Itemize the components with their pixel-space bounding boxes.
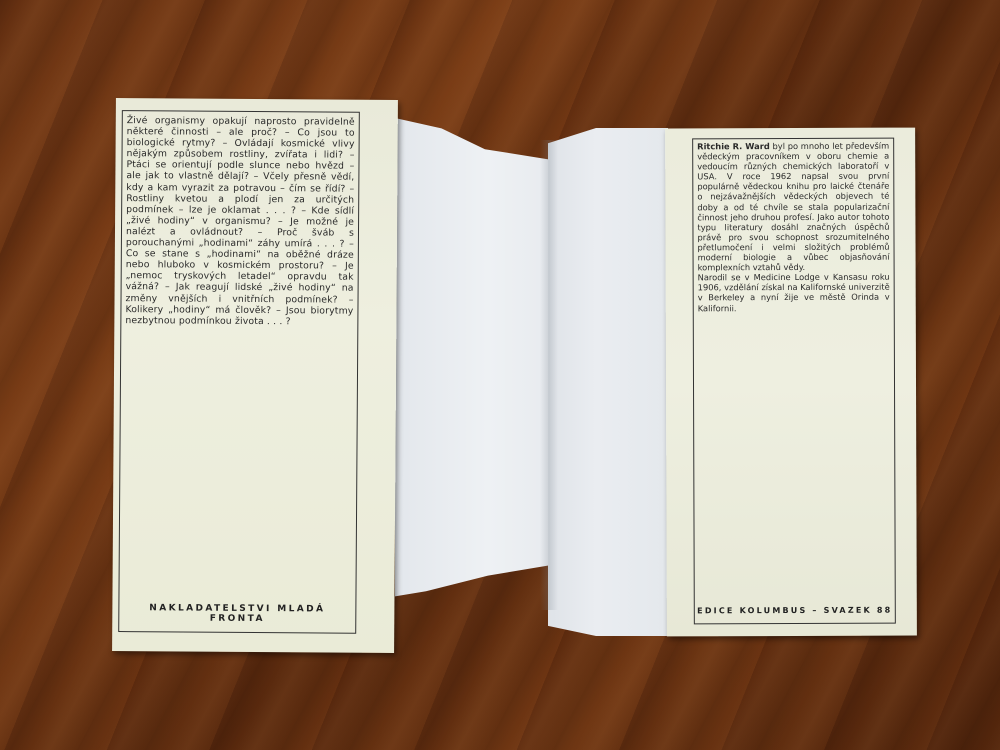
series-label: EDICE KOLUMBUS – SVAZEK 88: [695, 606, 895, 616]
publisher-imprint: NAKLADATELSTVI MLADÁ FRONTA: [119, 603, 355, 625]
author-bio-paragraph-1: byl po mnoho let především vědeckým prac…: [697, 141, 889, 273]
author-bio-paragraph-2: Narodil se v Medicine Lodge v Kansasu ro…: [698, 272, 890, 313]
wooden-table-background: Živé organismy opakují naprosto pravidel…: [0, 0, 1000, 750]
author-bio: Ritchie R. Ward byl po mnoho let předevš…: [697, 141, 890, 313]
left-flap-frame: Živé organismy opakují naprosto pravidel…: [118, 110, 360, 634]
author-name: Ritchie R. Ward: [697, 141, 770, 151]
dust-jacket-right-flap: Ritchie R. Ward byl po mnoho let předevš…: [665, 128, 917, 637]
book-blurb-text: Živé organismy opakují naprosto pravidel…: [125, 115, 354, 327]
inner-page-right: [548, 128, 668, 636]
inner-page-left: [395, 118, 550, 638]
right-flap-frame: Ritchie R. Ward byl po mnoho let předevš…: [692, 138, 896, 625]
dust-jacket-left-flap: Živé organismy opakují naprosto pravidel…: [112, 98, 398, 653]
book-spine-fold: [540, 140, 558, 610]
